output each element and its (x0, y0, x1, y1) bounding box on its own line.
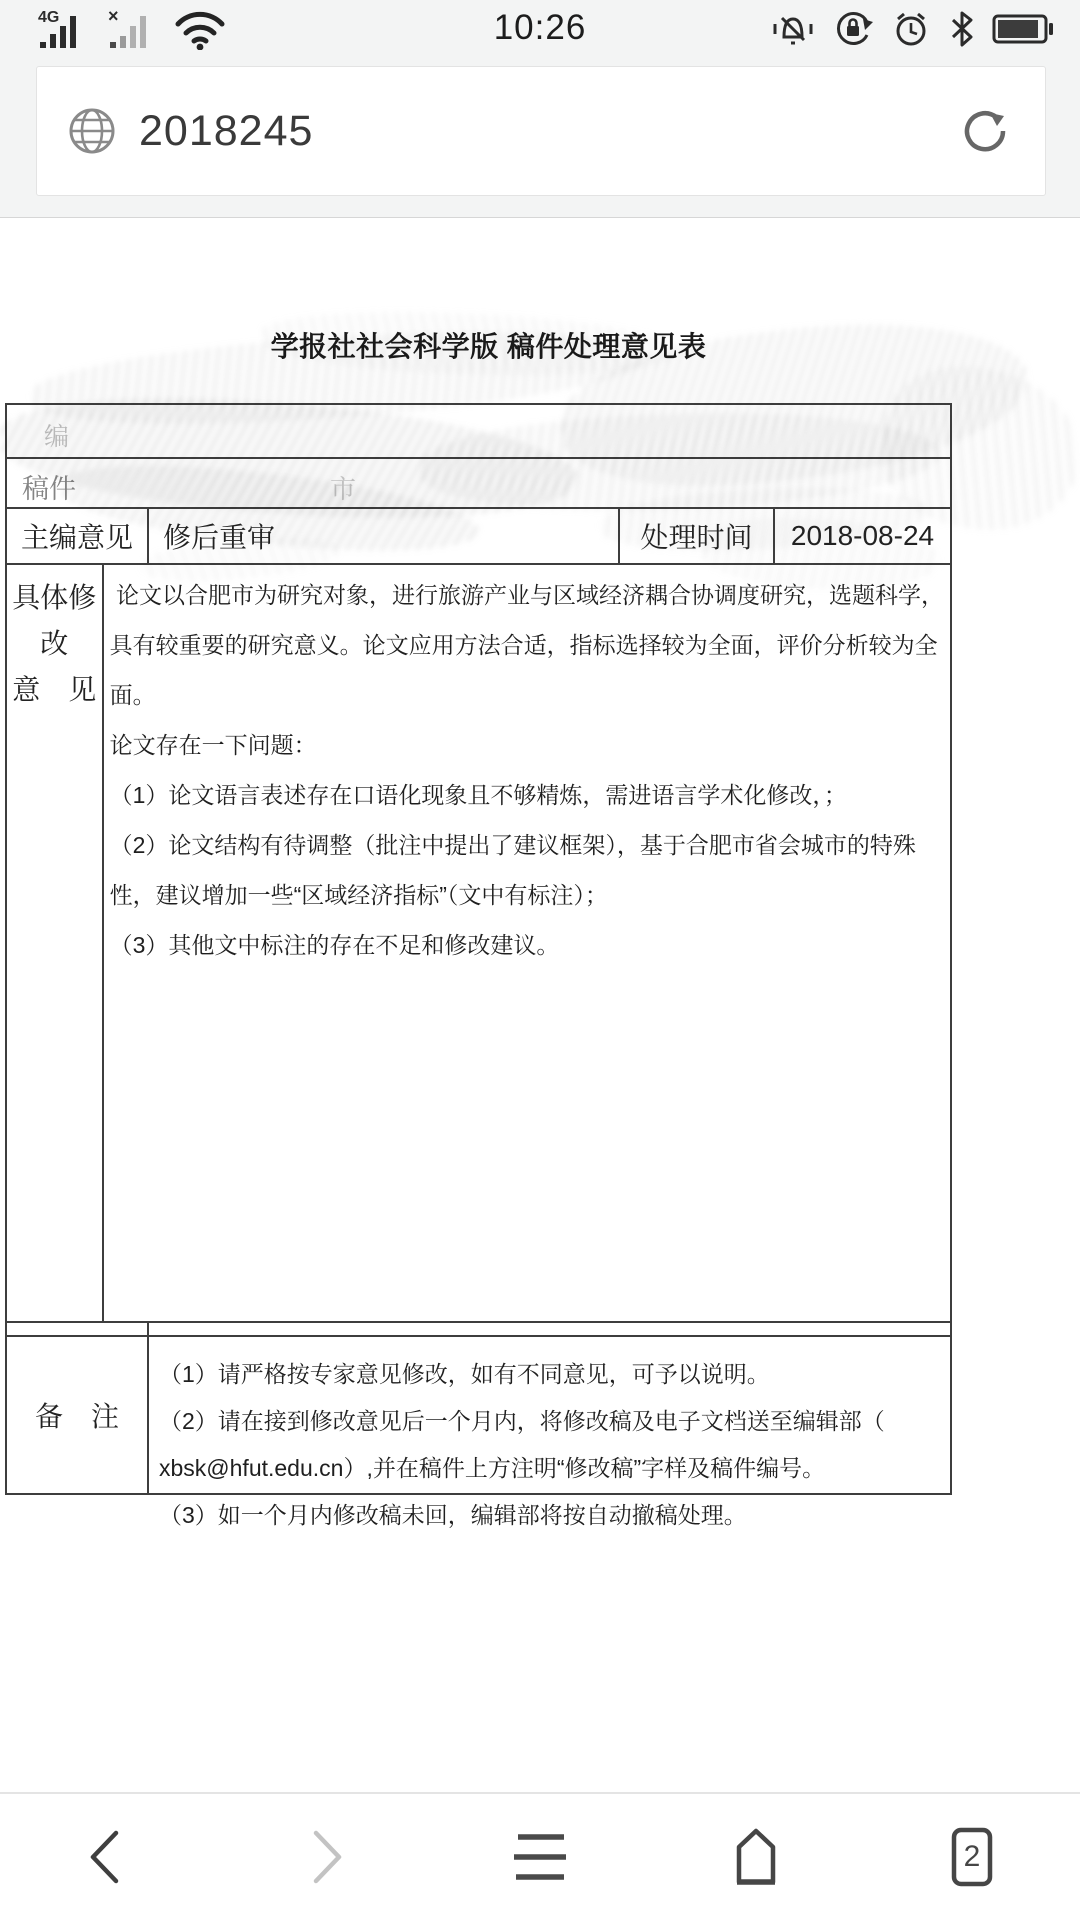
detail-label-line1: 具体修改 (7, 575, 102, 667)
chief-opinion-label: 主编意见 (7, 509, 149, 563)
table-row-redacted-1 (7, 405, 950, 459)
manuscript-opinion-table: 主编意见 修后重审 处理时间 2018-08-24 具体修改 意 见 论文以合肥… (5, 403, 952, 1495)
tabs-button[interactable]: 2 (864, 1794, 1080, 1920)
status-right-icons (770, 8, 1054, 50)
forward-button[interactable] (216, 1794, 432, 1920)
menu-icon (506, 1825, 574, 1889)
menu-button[interactable] (432, 1794, 648, 1920)
document-title: 学报社社会科学版 稿件处理意见表 (5, 325, 952, 365)
text-line: （3）其他文中标注的存在不足和修改建议。 (110, 920, 944, 970)
redacted-row2-fragment: 市 (330, 469, 356, 506)
browser-chrome: 4G × (0, 0, 1080, 218)
text-line: 面。 (110, 670, 944, 720)
back-button[interactable] (0, 1794, 216, 1920)
text-line: （2）请在接到修改意见后一个月内，将修改稿及电子文档送至编辑部（ (159, 1398, 942, 1445)
process-time-label: 处理时间 (620, 509, 775, 563)
text-line: （1）请严格按专家意见修改，如有不同意见，可予以说明。 (159, 1351, 942, 1398)
refresh-icon[interactable] (957, 103, 1013, 159)
browser-nav-bar: 2 (0, 1792, 1080, 1920)
text-line: 论文存在一下问题： (110, 720, 944, 770)
table-divider-gap (7, 1323, 950, 1335)
address-bar[interactable]: 2018245 (36, 66, 1046, 196)
url-text: 2018245 (139, 107, 313, 156)
back-icon (76, 1825, 140, 1889)
table-row-detail-opinion: 具体修改 意 见 论文以合肥市为研究对象，进行旅游产业与区域经济耦合协调度研究，… (7, 565, 950, 1323)
webpage-content: 学报社社会科学版 稿件处理意见表 编 稿件 市 主编意见 修后重审 处理时间 2… (0, 219, 1080, 1792)
remark-text: （1）请严格按专家意见修改，如有不同意见，可予以说明。（2）请在接到修改意见后一… (149, 1337, 950, 1493)
globe-icon (67, 106, 117, 156)
detail-label-line2: 意 见 (7, 667, 102, 713)
bluetooth-icon (948, 9, 976, 49)
text-line: （1）论文语言表述存在口语化现象且不够精炼，需进语言学术化修改，； (110, 770, 944, 820)
home-icon (724, 1825, 788, 1889)
status-bar: 4G × (0, 0, 1080, 56)
chief-opinion-value: 修后重审 (149, 509, 620, 563)
detail-opinion-label: 具体修改 意 见 (7, 565, 104, 1321)
alarm-clock-icon (890, 9, 932, 49)
detail-opinion-text: 论文以合肥市为研究对象，进行旅游产业与区域经济耦合协调度研究，选题科学，具有较重… (104, 565, 950, 1321)
process-time-value: 2018-08-24 (775, 509, 950, 563)
home-button[interactable] (648, 1794, 864, 1920)
forward-icon (292, 1825, 356, 1889)
text-line: （2）论文结构有待调整（批注中提出了建议框架），基于合肥市省会城市的特殊 (110, 820, 944, 870)
text-line: 性，建议增加一些“区域经济指标”（文中有标注）； (110, 870, 944, 920)
text-line: 论文以合肥市为研究对象，进行旅游产业与区域经济耦合协调度研究，选题科学， (110, 570, 944, 620)
rotation-lock-icon (832, 9, 874, 49)
table-row-redacted-2 (7, 459, 950, 509)
table-row-chief-opinion: 主编意见 修后重审 处理时间 2018-08-24 (7, 509, 950, 565)
tab-count: 2 (964, 1840, 981, 1874)
redacted-row2-hint: 稿件 (22, 467, 76, 506)
text-line: xbsk@hfut.edu.cn）,并在稿件上方注明“修改稿”字样及稿件编号。 (159, 1445, 942, 1492)
text-line: （3）如一个月内修改稿未回，编辑部将按自动撤稿处理。 (159, 1492, 942, 1539)
redacted-row1-hint: 编 (44, 417, 69, 453)
phone-screen: 4G × (0, 0, 1080, 1920)
mute-vibrate-icon (770, 9, 816, 49)
remark-label: 备 注 (7, 1337, 149, 1493)
text-line: 具有较重要的研究意义。论文应用方法合适，指标选择较为全面，评价分析较为全 (110, 620, 944, 670)
table-row-remark: 备 注 （1）请严格按专家意见修改，如有不同意见，可予以说明。（2）请在接到修改… (7, 1335, 950, 1493)
battery-icon (992, 12, 1054, 46)
